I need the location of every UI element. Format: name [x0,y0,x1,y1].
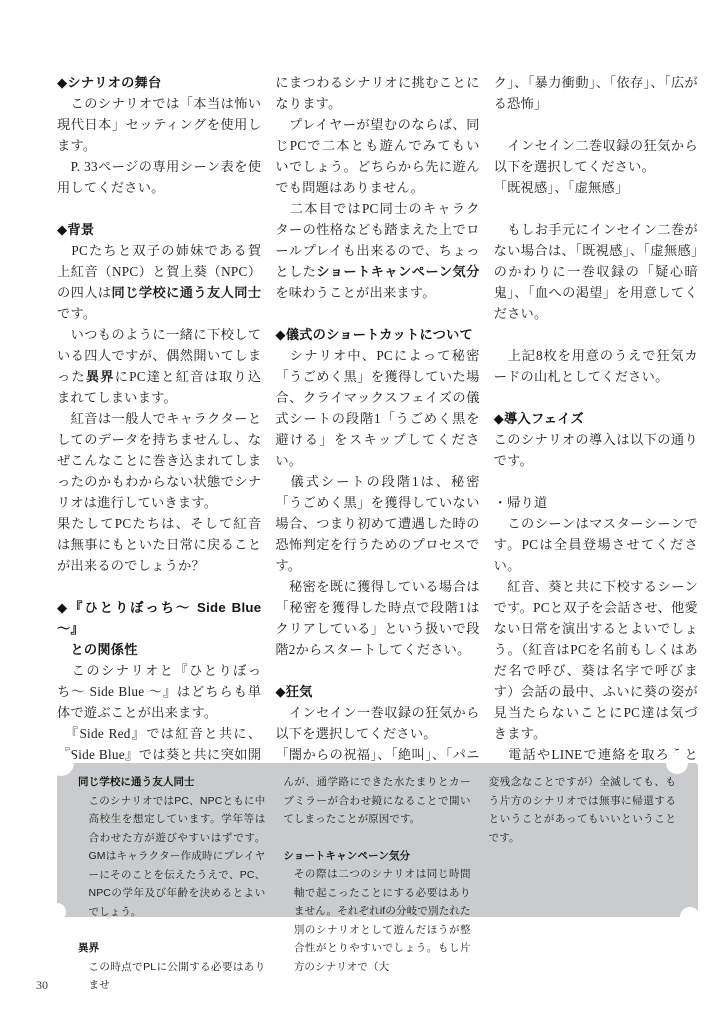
page-number: 30 [36,978,48,993]
text-run: 紅音、葵と共に下校するシーンです。PCと双子を会話させ、他愛ない日常を演出すると… [494,579,698,741]
text-run: 上記8枚を用意のうえで狂気カードの山札としてください。 [494,348,698,384]
text-run: その際は二つのシナリオは同じ時間軸で起こったことにする必要はありません。それぞれ… [294,868,471,973]
paragraph: 儀式シートの段階1は、秘密「うごめく黒」を獲得していない場合、つまり初めて遭遇し… [275,471,479,576]
paragraph: P. 33ページの専用シーン表を使用してください。 [57,156,261,198]
section-heading: ◆導入フェイズ [494,408,698,429]
paragraph: シナリオ中、PCによって秘密「うごめく黒」を獲得していた場合、クライマックスフェ… [275,345,479,471]
text-run: 紅音は一般人でキャラクターとしてのデータを持ちませんし、なぜこんなことに巻き込ま… [57,411,261,510]
paragraph: ・帰り道 [494,492,698,513]
main-text-area: ◆シナリオの舞台 このシナリオでは「本当は怖い現代日本」セッティングを使用します… [57,72,698,807]
main-column-3: ク」、「暴力衝動」、「依存」、「広がる恐怖」 インセイン二巻収録の狂気から以下を… [494,72,698,807]
section-heading: ◆『ひとりぼっち〜 Side Blue 〜』 との関係性 [57,597,261,660]
text-run: もしお手元にインセイン二巻がない場合は、「既視感」、「虚無感」のかわりに一巻収録… [494,222,698,321]
main-column-2: にまつわるシナリオに挑むことになります。 プレイヤーが望むのならば、同じPCで二… [275,72,479,807]
text-run: この時点でPLに公開する必要はありませ [89,961,266,992]
paragraph: ク」、「暴力衝動」、「依存」、「広がる恐怖」 [494,72,698,114]
note-box-grid: 同じ学校に通う友人同士このシナリオではPC、NPCともに中高校生を想定しています… [78,773,676,909]
paragraph: もしお手元にインセイン二巻がない場合は、「既視感」、「虚無感」のかわりに一巻収録… [494,219,698,324]
section-heading: ◆狂気 [275,681,479,702]
text-run: インセイン一巻収録の狂気から以下を選択してください。 [275,705,479,741]
text-run: このシナリオではPC、NPCともに中高校生を想定しています。学年等は合わせた方が… [89,795,266,918]
paragraph: 上記8枚を用意のうえで狂気カードの山札としてください。 [494,345,698,387]
paragraph: 「既視感」、「虚無感」 [494,177,698,198]
paragraph: その際は二つのシナリオは同じ時間軸で起こったことにする必要はありません。それぞれ… [294,865,471,976]
text-run: このシナリオの導入は以下の通りです。 [494,432,698,468]
text-run: 変残念なことですが）全滅しても、もう片方のシナリオでは無事に帰還するということが… [489,776,676,844]
section-heading: ◆背景 [57,219,261,240]
section-heading: 同じ学校に通う友人同士 [78,773,265,792]
paragraph: いつものように一緒に下校している四人ですが、偶然開いてしまった異界にPC達と紅音… [57,324,261,408]
text-run: P. 33ページの専用シーン表を使用してください。 [57,159,261,195]
text-run: ・帰り道 [494,495,548,510]
corner-notch-bottom-right [680,907,700,927]
note-column-2: んが、通学路にできた水たまりとカーブミラーが合わせ鏡になることで開いてしまったこ… [283,773,470,995]
bold-text-run: 同じ学校に通う友人同士 [112,285,262,300]
text-run: プレイヤーが望むのならば、同じPCで二本とも遊んでみてもいいでしょう。どちらから… [275,117,479,195]
main-column-1: ◆シナリオの舞台 このシナリオでは「本当は怖い現代日本」セッティングを使用します… [57,72,261,807]
paragraph: このシナリオではPC、NPCともに中高校生を想定しています。学年等は合わせた方が… [89,792,266,922]
corner-notch-top-right [666,752,688,774]
paragraph: 変残念なことですが）全滅しても、もう片方のシナリオでは無事に帰還するということが… [489,773,676,847]
text-run: シナリオ中、PCによって秘密「うごめく黒」を獲得していた場合、クライマックスフェ… [275,348,479,468]
paragraph: インセイン二巻収録の狂気から以下を選択してください。 [494,135,698,177]
paragraph: 紅音、葵と共に下校するシーンです。PCと双子を会話させ、他愛ない日常を演出すると… [494,576,698,744]
paragraph: にまつわるシナリオに挑むことになります。 [275,72,479,114]
paragraph: 秘密を既に獲得している場合は「秘密を獲得した時点で段階1はクリアしている」という… [275,576,479,660]
text-run: このシーンはマスターシーンです。PCは全員登場させてください。 [494,516,698,573]
paragraph: このシナリオと『ひとりぼっち〜 Side Blue 〜』はどちらも単体で遊ぶこと… [57,660,261,723]
paragraph: 二本目ではPC同士のキャラクターの性格なども踏まえた上でロールプレイも出来るので… [275,198,479,303]
text-run: 果たしてPCたちは、そして紅音は無事にもといた日常に戻ることが出来るのでしょうか… [57,516,261,573]
paragraph: このシナリオの導入は以下の通りです。 [494,429,698,471]
text-run: 「既視感」、「虚無感」 [494,180,629,195]
paragraph: プレイヤーが望むのならば、同じPCで二本とも遊んでみてもいいでしょう。どちらから… [275,114,479,198]
paragraph: このシーンはマスターシーンです。PCは全員登場させてください。 [494,513,698,576]
text-run: ク」、「暴力衝動」、「依存」、「広がる恐怖」 [494,75,698,111]
text-run: を味わうことが出来ます。 [275,285,435,300]
corner-notch-top-left [48,750,74,776]
text-run: です。 [57,306,96,321]
paragraph: このシナリオでは「本当は怖い現代日本」セッティングを使用します。 [57,93,261,156]
paragraph: 果たしてPCたちは、そして紅音は無事にもといた日常に戻ることが出来るのでしょうか… [57,513,261,576]
corner-notch-bottom-left [48,903,66,921]
bold-text-run: ショートキャンペーン気分 [316,264,479,279]
text-run: んが、通学路にできた水たまりとカーブミラーが合わせ鏡になることで開いてしまったこ… [283,776,470,825]
paragraph: この時点でPLに公開する必要はありませ [89,958,266,995]
paragraph: インセイン一巻収録の狂気から以下を選択してください。 [275,702,479,744]
bold-text-run: 異界 [86,369,115,384]
text-run: 儀式シートの段階1は、秘密「うごめく黒」を獲得していない場合、つまり初めて遭遇し… [275,474,479,573]
paragraph: PCたちと双子の姉妹である賀上紅音（NPC）と賀上葵（NPC）の四人は同じ学校に… [57,240,261,324]
section-heading: ◆シナリオの舞台 [57,72,261,93]
text-run: インセイン二巻収録の狂気から以下を選択してください。 [494,138,698,174]
text-run: このシナリオでは「本当は怖い現代日本」セッティングを使用します。 [57,96,261,153]
paragraph: んが、通学路にできた水たまりとカーブミラーが合わせ鏡になることで開いてしまったこ… [283,773,470,829]
note-box: 同じ学校に通う友人同士このシナリオではPC、NPCともに中高校生を想定しています… [57,763,698,917]
text-run: にまつわるシナリオに挑むことになります。 [275,75,479,111]
text-run: 秘密を既に獲得している場合は「秘密を獲得した時点で段階1はクリアしている」という… [275,579,479,657]
section-heading: ◆儀式のショートカットについて [275,324,479,345]
note-column-1: 同じ学校に通う友人同士このシナリオではPC、NPCともに中高校生を想定しています… [78,773,265,995]
paragraph: 紅音は一般人でキャラクターとしてのデータを持ちませんし、なぜこんなことに巻き込ま… [57,408,261,513]
section-heading: 異界 [78,939,265,958]
text-run: このシナリオと『ひとりぼっち〜 Side Blue 〜』はどちらも単体で遊ぶこと… [57,663,261,720]
note-column-3: 変残念なことですが）全滅しても、もう片方のシナリオでは無事に帰還するということが… [489,773,676,995]
section-heading: ショートキャンペーン気分 [283,847,470,866]
